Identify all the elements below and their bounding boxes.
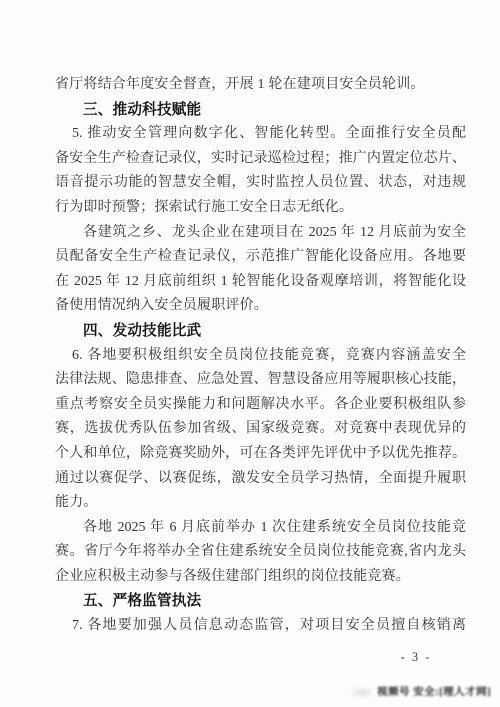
text-line: 备安全生产检查记录仪，实时记录巡检过程；推广内置定位芯片、 bbox=[55, 147, 466, 172]
document-page: 省厅将结合年度安全督查，开展 1 轮在建项目安全员轮训。三、推动科技赋能5. 推… bbox=[0, 0, 500, 707]
text-line: 7. 各地要加强人员信息动态监管，对项目安全员擅自核销离 bbox=[55, 614, 466, 639]
text-line: 各建筑之乡、龙头企业在建项目在 2025 年 12 月底前为安全 bbox=[55, 221, 466, 246]
section-heading: 五、严格监管执法 bbox=[55, 589, 466, 614]
text-line: 省厅将结合年度安全督查，开展 1 轮在建项目安全员轮训。 bbox=[55, 73, 466, 98]
text-line: 赛，选拔优秀队伍参加省级、国家级竞赛。对竞赛中表现优异的 bbox=[55, 417, 466, 442]
text-line: 法律法规、隐患排查、应急处置、智慧设备应用等履职核心技能， bbox=[55, 368, 466, 393]
text-line: 赛。省厅今年将举办全省住建系统安全员岗位技能竞赛,省内龙头 bbox=[55, 540, 466, 565]
scan-smudge bbox=[352, 688, 372, 697]
section-heading: 三、推动科技赋能 bbox=[55, 98, 466, 123]
text-line: 员配备安全生产检查记录仪，示范推广智能化设备应用。各地要 bbox=[55, 245, 466, 270]
text-line: 在 2025 年 12 月底前组织 1 轮智能化设备观摩培训，将智能化设 bbox=[55, 270, 466, 295]
text-line: 5. 推动安全管理向数字化、智能化转型。全面推行安全员配 bbox=[55, 122, 466, 147]
text-line: 各地 2025 年 6 月底前举办 1 次住建系统安全员岗位技能竞 bbox=[55, 516, 466, 541]
text-line: 重点考察安全员实操能力和问题解决水平。各企业要积极组队参 bbox=[55, 393, 466, 418]
page-body-text: 省厅将结合年度安全督查，开展 1 轮在建项目安全员轮训。三、推动科技赋能5. 推… bbox=[55, 73, 466, 639]
text-line: 行为即时预警；探索试行施工安全日志无纸化。 bbox=[55, 196, 466, 221]
text-line: 语音提示功能的智慧安全帽，实时监控人员位置、状态，对违规 bbox=[55, 171, 466, 196]
text-line: 企业应积极主动参与各级住建部门组织的岗位技能竞赛。 bbox=[55, 565, 466, 590]
text-line: 备使用情况纳入安全员履职评价。 bbox=[55, 294, 466, 319]
text-line: 个人和单位，除竞赛奖励外，可在各类评先评优中予以优先推荐。 bbox=[55, 442, 466, 467]
text-line: 6. 各地要积极组织安全员岗位技能竞赛，竞赛内容涵盖安全 bbox=[55, 344, 466, 369]
watermark-text: 视频号 安全:[理人才网] bbox=[377, 684, 497, 698]
text-line: 能力。 bbox=[55, 491, 466, 516]
text-line: 通过以赛促学、以赛促练，激发安全员学习热情，全面提升履职 bbox=[55, 467, 466, 492]
page-number: - 3 - bbox=[396, 650, 436, 665]
section-heading: 四、发动技能比武 bbox=[55, 319, 466, 344]
